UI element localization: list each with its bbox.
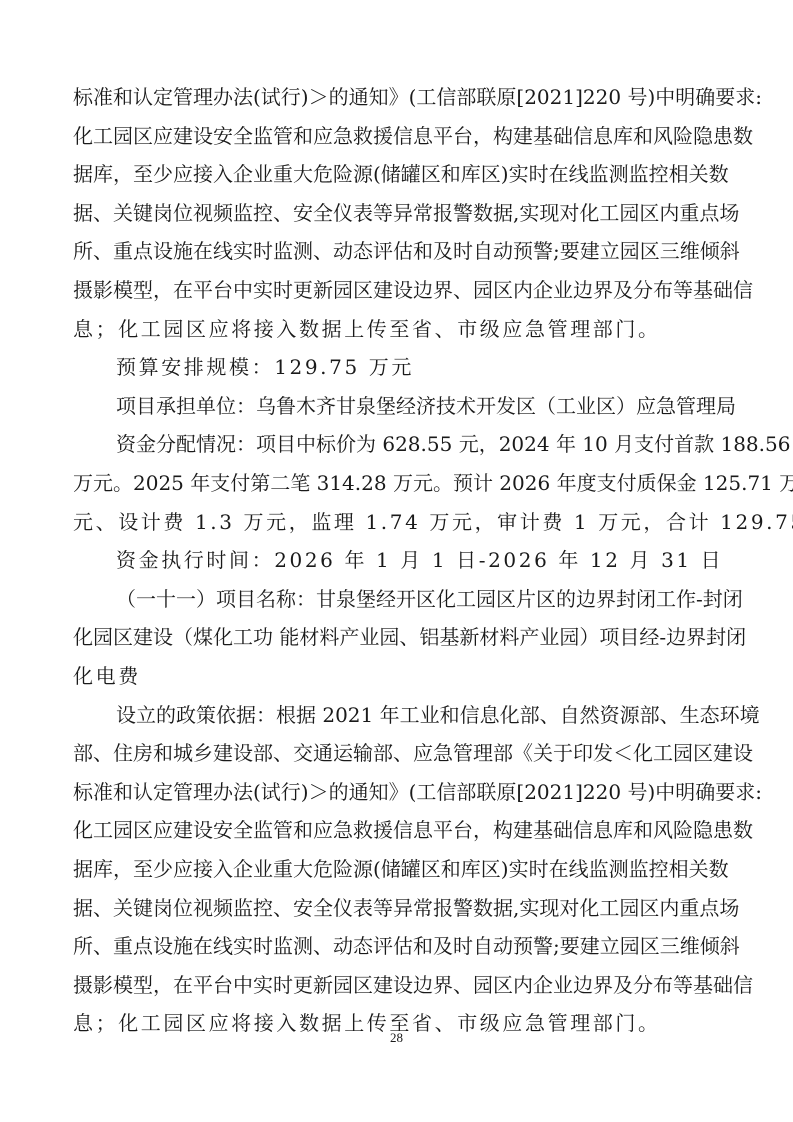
text-line: 化工园区应建设安全监管和应急救援信息平台，构建基础信息库和风险隐患数 (73, 815, 705, 845)
text-line: 所、重点设施在线实时监测、动态评估和及时自动预警;要建立园区三维倾斜 (73, 931, 705, 961)
text-line: 部、住房和城乡建设部、交通运输部、应急管理部《关于印发＜化工园区建设 (73, 738, 705, 768)
text-line: 标准和认定管理办法(试行)＞的通知》(工信部联原[2021]220 号)中明确要… (73, 777, 705, 807)
text-line: 资金执行时间：2026 年 1 月 1 日-2026 年 12 月 31 日 (116, 545, 756, 575)
text-line: 摄影模型，在平台中实时更新园区建设边界、园区内企业边界及分布等基础信 (73, 970, 705, 1000)
text-line: 摄影模型，在平台中实时更新园区建设边界、园区内企业边界及分布等基础信 (73, 275, 705, 305)
text-line: 化电费 (73, 661, 713, 691)
page-number: 28 (0, 1030, 793, 1046)
text-line: 据库，至少应接入企业重大危险源(储罐区和库区)实时在线监测监控相关数 (73, 854, 705, 884)
text-line: 设立的政策依据：根据 2021 年工业和信息化部、自然资源部、生态环境 (116, 700, 705, 730)
text-line: 元、设计费 1.3 万元，监理 1.74 万元，审计费 1 万元，合计 129.… (73, 507, 713, 537)
text-line: 化园区建设（煤化工功 能材料产业园、铝基新材料产业园）项目经-边界封闭 (73, 622, 705, 652)
text-line: 据库，至少应接入企业重大危险源(储罐区和库区)实时在线监测监控相关数 (73, 159, 705, 189)
text-line: 所、重点设施在线实时监测、动态评估和及时自动预警;要建立园区三维倾斜 (73, 236, 705, 266)
text-line: 化工园区应建设安全监管和应急救援信息平台，构建基础信息库和风险隐患数 (73, 121, 705, 151)
text-line: 万元。2025 年支付第二笔 314.28 万元。预计 2026 年度支付质保金… (73, 468, 705, 498)
text-line: 标准和认定管理办法(试行)＞的通知》(工信部联原[2021]220 号)中明确要… (73, 82, 705, 112)
text-line: 据、关键岗位视频监控、安全仪表等异常报警数据,实现对化工园区内重点场 (73, 893, 705, 923)
text-line: 资金分配情况：项目中标价为 628.55 元，2024 年 10 月支付首款 1… (116, 429, 705, 459)
text-line: 据、关键岗位视频监控、安全仪表等异常报警数据,实现对化工园区内重点场 (73, 198, 705, 228)
text-line: 项目承担单位：乌鲁木齐甘泉堡经济技术开发区（工业区）应急管理局 (116, 391, 705, 421)
text-line: 预算安排规模：129.75 万元 (116, 352, 756, 382)
text-line: （一十一）项目名称：甘泉堡经开区化工园区片区的边界封闭工作-封闭 (116, 584, 705, 614)
text-line: 息；化工园区应将接入数据上传至省、市级应急管理部门。 (73, 314, 713, 344)
document-page: 标准和认定管理办法(试行)＞的通知》(工信部联原[2021]220 号)中明确要… (0, 0, 793, 1122)
